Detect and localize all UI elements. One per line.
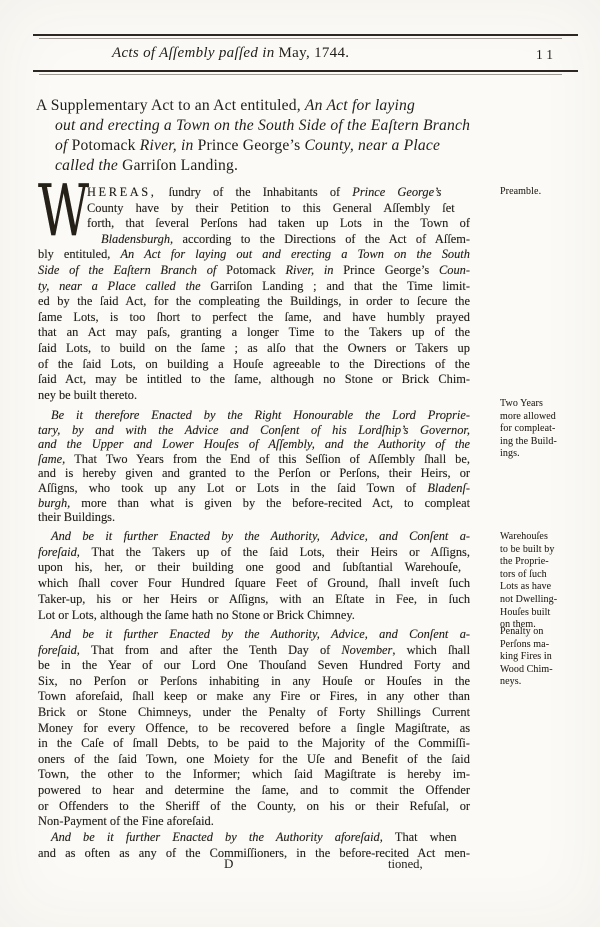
sidenote-line: Wood Chim-	[500, 664, 586, 677]
body-line: and is hereby given and granted to the P…	[38, 466, 470, 481]
sidenote-1: Preamble.	[500, 186, 586, 199]
sidenote-line: more allowed	[500, 411, 586, 424]
sidenote-line: ings.	[500, 448, 586, 461]
sidenote-line: Lots as have	[500, 581, 586, 594]
body-line: and the Upper and Lower Houſes of Aſſemb…	[38, 437, 470, 452]
sidenote-line: Warehouſes	[500, 531, 586, 544]
text-run: foreſaid,	[38, 643, 91, 657]
document-page: Acts of Aſſembly paſſed in May, 1744. 11…	[0, 0, 600, 927]
text-run: , which ſhall	[392, 643, 470, 657]
body-line: Aſſigns, who took up any Lot or Lots in …	[38, 481, 470, 496]
body-line: burgh, more than what is given by the be…	[38, 496, 470, 511]
sidenote-line: Penalty on	[500, 626, 586, 639]
body-line: Non-Payment of the Fine aforeſaid.	[38, 814, 470, 830]
text-run: Six, no Perſon or Perſons inhabiting in …	[38, 674, 470, 688]
text-run: tary, by and with the Advice and Conſent…	[38, 423, 470, 437]
body-paragraph-3: And be it further Enacted by the Authori…	[38, 529, 470, 623]
body-line: Side of the Eaſtern Branch of Potomack R…	[38, 263, 470, 279]
body-paragraph-2: Be it therefore Enacted by the Right Hon…	[38, 408, 470, 525]
sidenote-line: Preamble.	[500, 186, 586, 199]
body-line: Town aforeſaid, ſhall keep or make any F…	[38, 689, 470, 705]
sidenote-line: Perſons ma-	[500, 639, 586, 652]
text-run: oners of the ſaid Town, one Moiety for t…	[38, 752, 470, 766]
text-run: which ſhall cover Four Hundred ſquare Fe…	[38, 576, 470, 590]
text-run: ſame,	[38, 452, 74, 466]
text-run: foreſaid,	[38, 545, 91, 559]
body-paragraph-1: WHEREAS, ſundry of the Inhabitants of Pr…	[38, 185, 470, 403]
body-line: that an Act may paſs, granting a longer …	[38, 325, 470, 341]
body-line: ney be built thereto.	[38, 388, 470, 404]
body-line: Taker-up, his or her Heirs or Aſſigns, w…	[38, 592, 470, 608]
sidenote-4: Penalty onPerſons ma-king Fires inWood C…	[500, 626, 586, 689]
body-line: Lot or Lots, although the ſame hath no S…	[38, 608, 470, 624]
body-line: ſame Lots, is too ſhort to perfect the ſ…	[38, 310, 470, 326]
text-run: and the Upper and Lower Houſes of Aſſemb…	[38, 437, 470, 451]
text-run: their Buildings.	[38, 510, 115, 524]
text-run: ſundry of the Inhabitants of	[157, 185, 353, 199]
body-line: forth, that ſeveral Perſons had taken up…	[38, 216, 470, 232]
body-line: ſaid Lots, to build on the ſame ; as alſ…	[38, 341, 470, 357]
body-line: Be it therefore Enacted by the Right Hon…	[38, 408, 470, 423]
body-line: And be it further Enacted by the Authori…	[38, 529, 470, 545]
body-line: powered to hear and determine the ſame, …	[38, 783, 470, 799]
text-run: Taker-up, his or her Heirs or Aſſigns, w…	[38, 592, 470, 606]
body-line: Bladensburgh, according to the Direction…	[38, 232, 470, 248]
body-line: in the Caſe of ſmall Debts, to be paid t…	[38, 736, 470, 752]
text-run: Prince George’s	[352, 185, 441, 199]
sidenote-line: king Fires in	[500, 651, 586, 664]
body-line: which ſhall cover Four Hundred ſquare Fe…	[38, 576, 470, 592]
text-run: Prince George’s	[343, 263, 439, 277]
body-line: ty, near a Place called the Garriſon Lan…	[38, 279, 470, 295]
body-line: be in the Year of our Lord One Thouſand …	[38, 658, 470, 674]
body-line: ſaid Act, may be intitled to the ſame, a…	[38, 372, 470, 388]
text-run: River, in	[285, 263, 343, 277]
signature-mark: D	[224, 856, 233, 872]
body-paragraph-4: And be it further Enacted by the Authori…	[38, 627, 470, 830]
text-run: And be it further Enacted by the Authori…	[51, 529, 470, 543]
body-line: Money for every Offence, to be recovered…	[38, 721, 470, 737]
text-run: Potomack	[226, 263, 285, 277]
body-line: ed by the ſaid Act, for the compleating …	[38, 294, 470, 310]
body-line: And be it further Enacted by the Authori…	[38, 627, 470, 643]
body-text: WHEREAS, ſundry of the Inhabitants of Pr…	[38, 0, 470, 927]
text-run: HEREAS,	[87, 185, 157, 199]
text-run: Lot or Lots, although the ſame hath no S…	[38, 608, 355, 622]
body-line: their Buildings.	[38, 510, 470, 525]
text-run: Be it therefore Enacted by the Right Hon…	[51, 408, 470, 422]
catchword: tioned,	[388, 857, 423, 872]
body-line: HEREAS, ſundry of the Inhabitants of Pri…	[38, 185, 470, 201]
sidenote-3: Warehouſesto be built bythe Proprie-tors…	[500, 531, 586, 632]
text-run: ty, near a Place called the	[38, 279, 210, 293]
text-run: upon his, her, or their building one goo…	[38, 560, 461, 574]
text-run: of the ſaid Lots, on building a Houſe ag…	[38, 357, 470, 371]
text-run: and is hereby given and granted to the P…	[38, 466, 470, 480]
text-run: in the Caſe of ſmall Debts, to be paid t…	[38, 736, 470, 750]
body-line: oners of the ſaid Town, one Moiety for t…	[38, 752, 470, 768]
body-line: Brick or Stone Chimneys, under the Penal…	[38, 705, 470, 721]
sidenote-line: Two Years	[500, 398, 586, 411]
text-run: burgh,	[38, 496, 81, 510]
text-run: Money for every Offence, to be recovered…	[38, 721, 470, 735]
body-line: County have by their Petition to this Ge…	[38, 201, 470, 217]
body-line: or Offenders to the Sheriff of the Count…	[38, 799, 470, 815]
body-line: of the ſaid Lots, on building a Houſe ag…	[38, 357, 470, 373]
text-run: Town, the other to the Informer; which ſ…	[38, 767, 470, 781]
text-run: That from and after the Tenth Day of	[91, 643, 341, 657]
body-line: foreſaid, That the Takers up of the ſaid…	[38, 545, 470, 561]
text-run: or Offenders to the Sheriff of the Count…	[38, 799, 470, 813]
text-run: Coun-	[439, 263, 470, 277]
text-run: Bladensburgh,	[101, 232, 173, 246]
sidenote-line: for compleat-	[500, 423, 586, 436]
text-run: Bladenſ-	[427, 481, 470, 495]
text-run: ſaid Act, may be intitled to the ſame, a…	[38, 372, 470, 386]
text-run: ſaid Lots, to build on the ſame ; as alſ…	[38, 341, 470, 355]
body-line: Town, the other to the Informer; which ſ…	[38, 767, 470, 783]
text-run: Garriſon Landing ; and that the Time lim…	[210, 279, 470, 293]
text-run: forth, that ſeveral Perſons had taken up…	[87, 216, 470, 230]
text-run: November	[341, 643, 392, 657]
sidenote-line: Houſes built	[500, 607, 586, 620]
body-line: ſame, That Two Years from the End of thi…	[38, 452, 470, 467]
text-run: ſame Lots, is too ſhort to perfect the ſ…	[38, 310, 470, 324]
text-run: An Act for laying out and erecting a Tow…	[120, 247, 469, 261]
body-line: upon his, her, or their building one goo…	[38, 560, 470, 576]
text-run: ed by the ſaid Act, for the compleating …	[38, 294, 470, 308]
text-run: That the Takers up of the ſaid Lots, the…	[91, 545, 469, 559]
sidenote-line: to be built by	[500, 544, 586, 557]
text-run: be in the Year of our Lord One Thouſand …	[38, 658, 470, 672]
text-run: Side of the Eaſtern Branch of	[38, 263, 226, 277]
text-run: Aſſigns, who took up any Lot or Lots in …	[38, 481, 427, 495]
text-run: County have by their Petition to this Ge…	[87, 201, 455, 215]
text-run: according to the Directions of the Act o…	[173, 232, 470, 246]
text-run: That Two Years from the End of this Seſſ…	[74, 452, 470, 466]
body-line: bly entituled, An Act for laying out and…	[38, 247, 470, 263]
body-line: foreſaid, That from and after the Tenth …	[38, 643, 470, 659]
drop-cap: W	[38, 182, 89, 240]
text-run: more than what is given by the before-re…	[81, 496, 470, 510]
body-line: Six, no Perſon or Perſons inhabiting in …	[38, 674, 470, 690]
text-run: Brick or Stone Chimneys, under the Penal…	[38, 705, 470, 719]
sidenote-line: not Dwelling-	[500, 594, 586, 607]
sidenote-line: ing the Build-	[500, 436, 586, 449]
sidenote-line: the Proprie-	[500, 556, 586, 569]
sidenote-line: neys.	[500, 676, 586, 689]
sidenote-line: tors of ſuch	[500, 569, 586, 582]
text-run: And be it further Enacted by the Authori…	[51, 830, 395, 844]
body-line: And be it further Enacted by the Authori…	[38, 830, 470, 846]
sidenote-2: Two Yearsmore allowedfor compleat-ing th…	[500, 398, 586, 461]
body-line: tary, by and with the Advice and Conſent…	[38, 423, 470, 438]
text-run: And be it further Enacted by the Authori…	[51, 627, 470, 641]
sidenotes: Preamble.Two Yearsmore allowedfor comple…	[500, 0, 586, 927]
text-run: Non-Payment of the Fine aforeſaid.	[38, 814, 214, 828]
text-run: Town aforeſaid, ſhall keep or make any F…	[38, 689, 470, 703]
text-run: That when	[395, 830, 457, 844]
text-run: ney be built thereto.	[38, 388, 137, 402]
text-run: that an Act may paſs, granting a longer …	[38, 325, 470, 339]
text-run: powered to hear and determine the ſame, …	[38, 783, 470, 797]
